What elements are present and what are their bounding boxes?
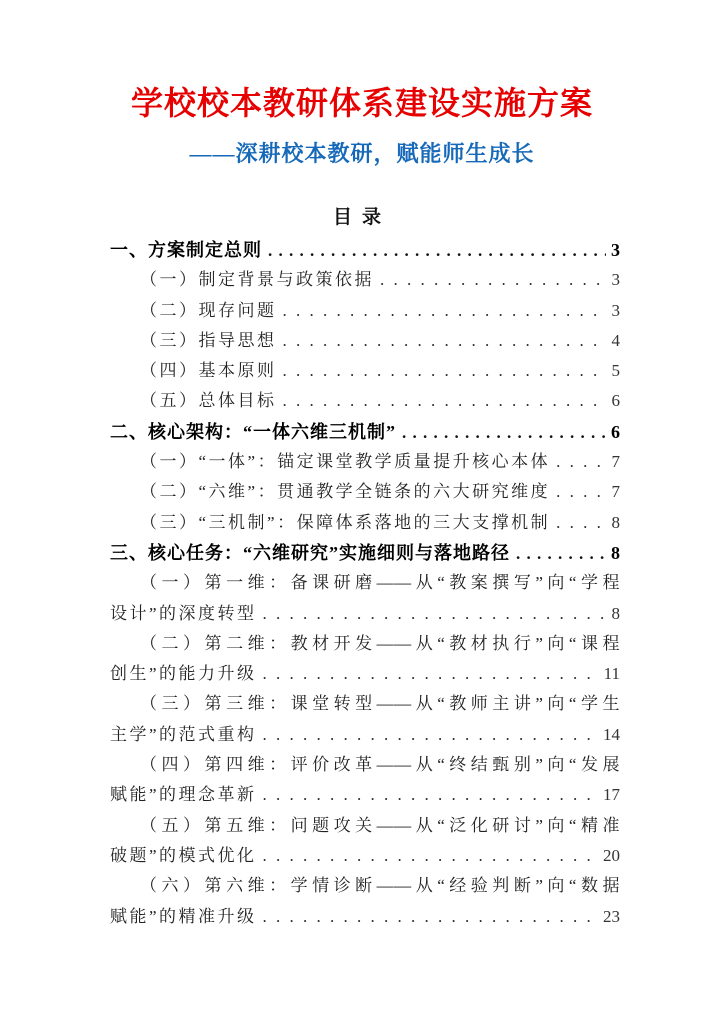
toc-entry-text: 一、方案制定总则 <box>110 235 262 265</box>
toc-page-number: 14 <box>603 720 620 750</box>
toc-entry-line1: （三）第三维：课堂转型——从“教师主讲”向“学生 <box>110 689 620 719</box>
toc-entry-text: 设计”的深度转型 <box>110 599 257 629</box>
toc-entry-line1: （二）第二维：教材开发——从“教材执行”向“课程 <box>110 629 620 659</box>
toc-page-number: 23 <box>603 902 620 932</box>
toc-page-number: 3 <box>612 265 621 295</box>
toc-entry: （五）总体目标6 <box>110 386 620 416</box>
toc-dot-leader <box>402 417 606 448</box>
toc-entry: （一）“一体”：锚定课堂教学质量提升核心本体7 <box>110 447 620 477</box>
toc-page-number: 3 <box>611 235 620 265</box>
toc-dot-leader <box>263 720 598 750</box>
toc-entry-text: 主学”的范式重构 <box>110 720 257 750</box>
table-of-contents: 一、方案制定总则3（一）制定背景与政策依据3（二）现存问题3（三）指导思想4（四… <box>0 235 724 932</box>
toc-entry: （一）制定背景与政策依据3 <box>110 265 620 295</box>
toc-entry-text: （二）现存问题 <box>140 296 277 326</box>
toc-dot-leader <box>263 780 598 810</box>
toc-heading: 目录 <box>0 206 724 229</box>
toc-entry: 主学”的范式重构14 <box>110 720 620 750</box>
toc-entry: 一、方案制定总则3 <box>110 235 620 265</box>
document-subtitle: ——深耕校本教研，赋能师生成长 <box>0 140 724 168</box>
toc-entry-text: （三）指导思想 <box>140 326 277 356</box>
toc-entry: （三）指导思想4 <box>110 326 620 356</box>
toc-dot-leader <box>263 599 607 629</box>
toc-entry-text: （三）“三机制”：保障体系落地的三大支撑机制 <box>140 508 550 538</box>
toc-dot-leader <box>283 386 607 416</box>
toc-page-number: 8 <box>612 599 621 629</box>
toc-entry: 三、核心任务：“六维研究”实施细则与落地路径8 <box>110 538 620 568</box>
toc-dot-leader <box>263 659 599 689</box>
toc-page-number: 5 <box>612 356 621 386</box>
toc-dot-leader <box>263 841 598 871</box>
toc-entry-text: （五）总体目标 <box>140 386 277 416</box>
toc-entry: 创生”的能力升级11 <box>110 659 620 689</box>
toc-dot-leader <box>516 538 606 569</box>
toc-entry-text: 破题”的模式优化 <box>110 841 257 871</box>
toc-entry-text: （二）“六维”：贯通教学全链条的六大研究维度 <box>140 477 550 507</box>
toc-entry: 破题”的模式优化20 <box>110 841 620 871</box>
toc-dot-leader <box>556 508 606 538</box>
toc-page-number: 3 <box>612 296 621 326</box>
toc-page-number: 7 <box>612 477 621 507</box>
toc-entry-text: （一）制定背景与政策依据 <box>140 265 374 295</box>
toc-entry-line1: （一）第一维：备课研磨——从“教案撰写”向“学程 <box>110 568 620 598</box>
toc-page-number: 7 <box>612 447 621 477</box>
toc-dot-leader <box>283 326 607 356</box>
toc-entry: 设计”的深度转型8 <box>110 599 620 629</box>
toc-entry: （四）基本原则5 <box>110 356 620 386</box>
toc-dot-leader <box>556 477 606 507</box>
toc-entry: 二、核心架构：“一体六维三机制”6 <box>110 417 620 447</box>
toc-page-number: 8 <box>612 508 621 538</box>
toc-page-number: 20 <box>603 841 620 871</box>
toc-page-number: 8 <box>611 538 620 568</box>
toc-entry: 赋能”的理念革新17 <box>110 780 620 810</box>
toc-entry-text: 赋能”的理念革新 <box>110 780 257 810</box>
toc-page-number: 17 <box>603 780 620 810</box>
toc-dot-leader <box>556 447 606 477</box>
document-page: 学校校本教研体系建设实施方案 ——深耕校本教研，赋能师生成长 目录 一、方案制定… <box>0 0 724 1024</box>
toc-page-number: 11 <box>604 659 620 689</box>
toc-entry: （二）“六维”：贯通教学全链条的六大研究维度7 <box>110 477 620 507</box>
toc-page-number: 6 <box>612 386 621 416</box>
toc-entry-text: （四）基本原则 <box>140 356 277 386</box>
toc-entry: （三）“三机制”：保障体系落地的三大支撑机制8 <box>110 508 620 538</box>
document-title: 学校校本教研体系建设实施方案 <box>0 86 724 120</box>
toc-entry-text: （一）“一体”：锚定课堂教学质量提升核心本体 <box>140 447 550 477</box>
toc-entry-text: 创生”的能力升级 <box>110 659 257 689</box>
toc-entry: 赋能”的精准升级23 <box>110 902 620 932</box>
toc-page-number: 4 <box>612 326 621 356</box>
toc-entry-text: 三、核心任务：“六维研究”实施细则与落地路径 <box>110 538 510 568</box>
toc-page-number: 6 <box>611 417 620 447</box>
toc-entry-line1: （四）第四维：评价改革——从“终结甄别”向“发展 <box>110 750 620 780</box>
toc-entry: （二）现存问题3 <box>110 296 620 326</box>
toc-dot-leader <box>268 235 606 266</box>
toc-dot-leader <box>263 902 598 932</box>
toc-entry-line1: （五）第五维：问题攻关——从“泛化研讨”向“精准 <box>110 811 620 841</box>
toc-entry-text: 二、核心架构：“一体六维三机制” <box>110 417 396 447</box>
toc-dot-leader <box>380 265 607 295</box>
toc-dot-leader <box>283 356 607 386</box>
toc-entry-line1: （六）第六维：学情诊断——从“经验判断”向“数据 <box>110 871 620 901</box>
toc-dot-leader <box>283 296 607 326</box>
toc-entry-text: 赋能”的精准升级 <box>110 902 257 932</box>
